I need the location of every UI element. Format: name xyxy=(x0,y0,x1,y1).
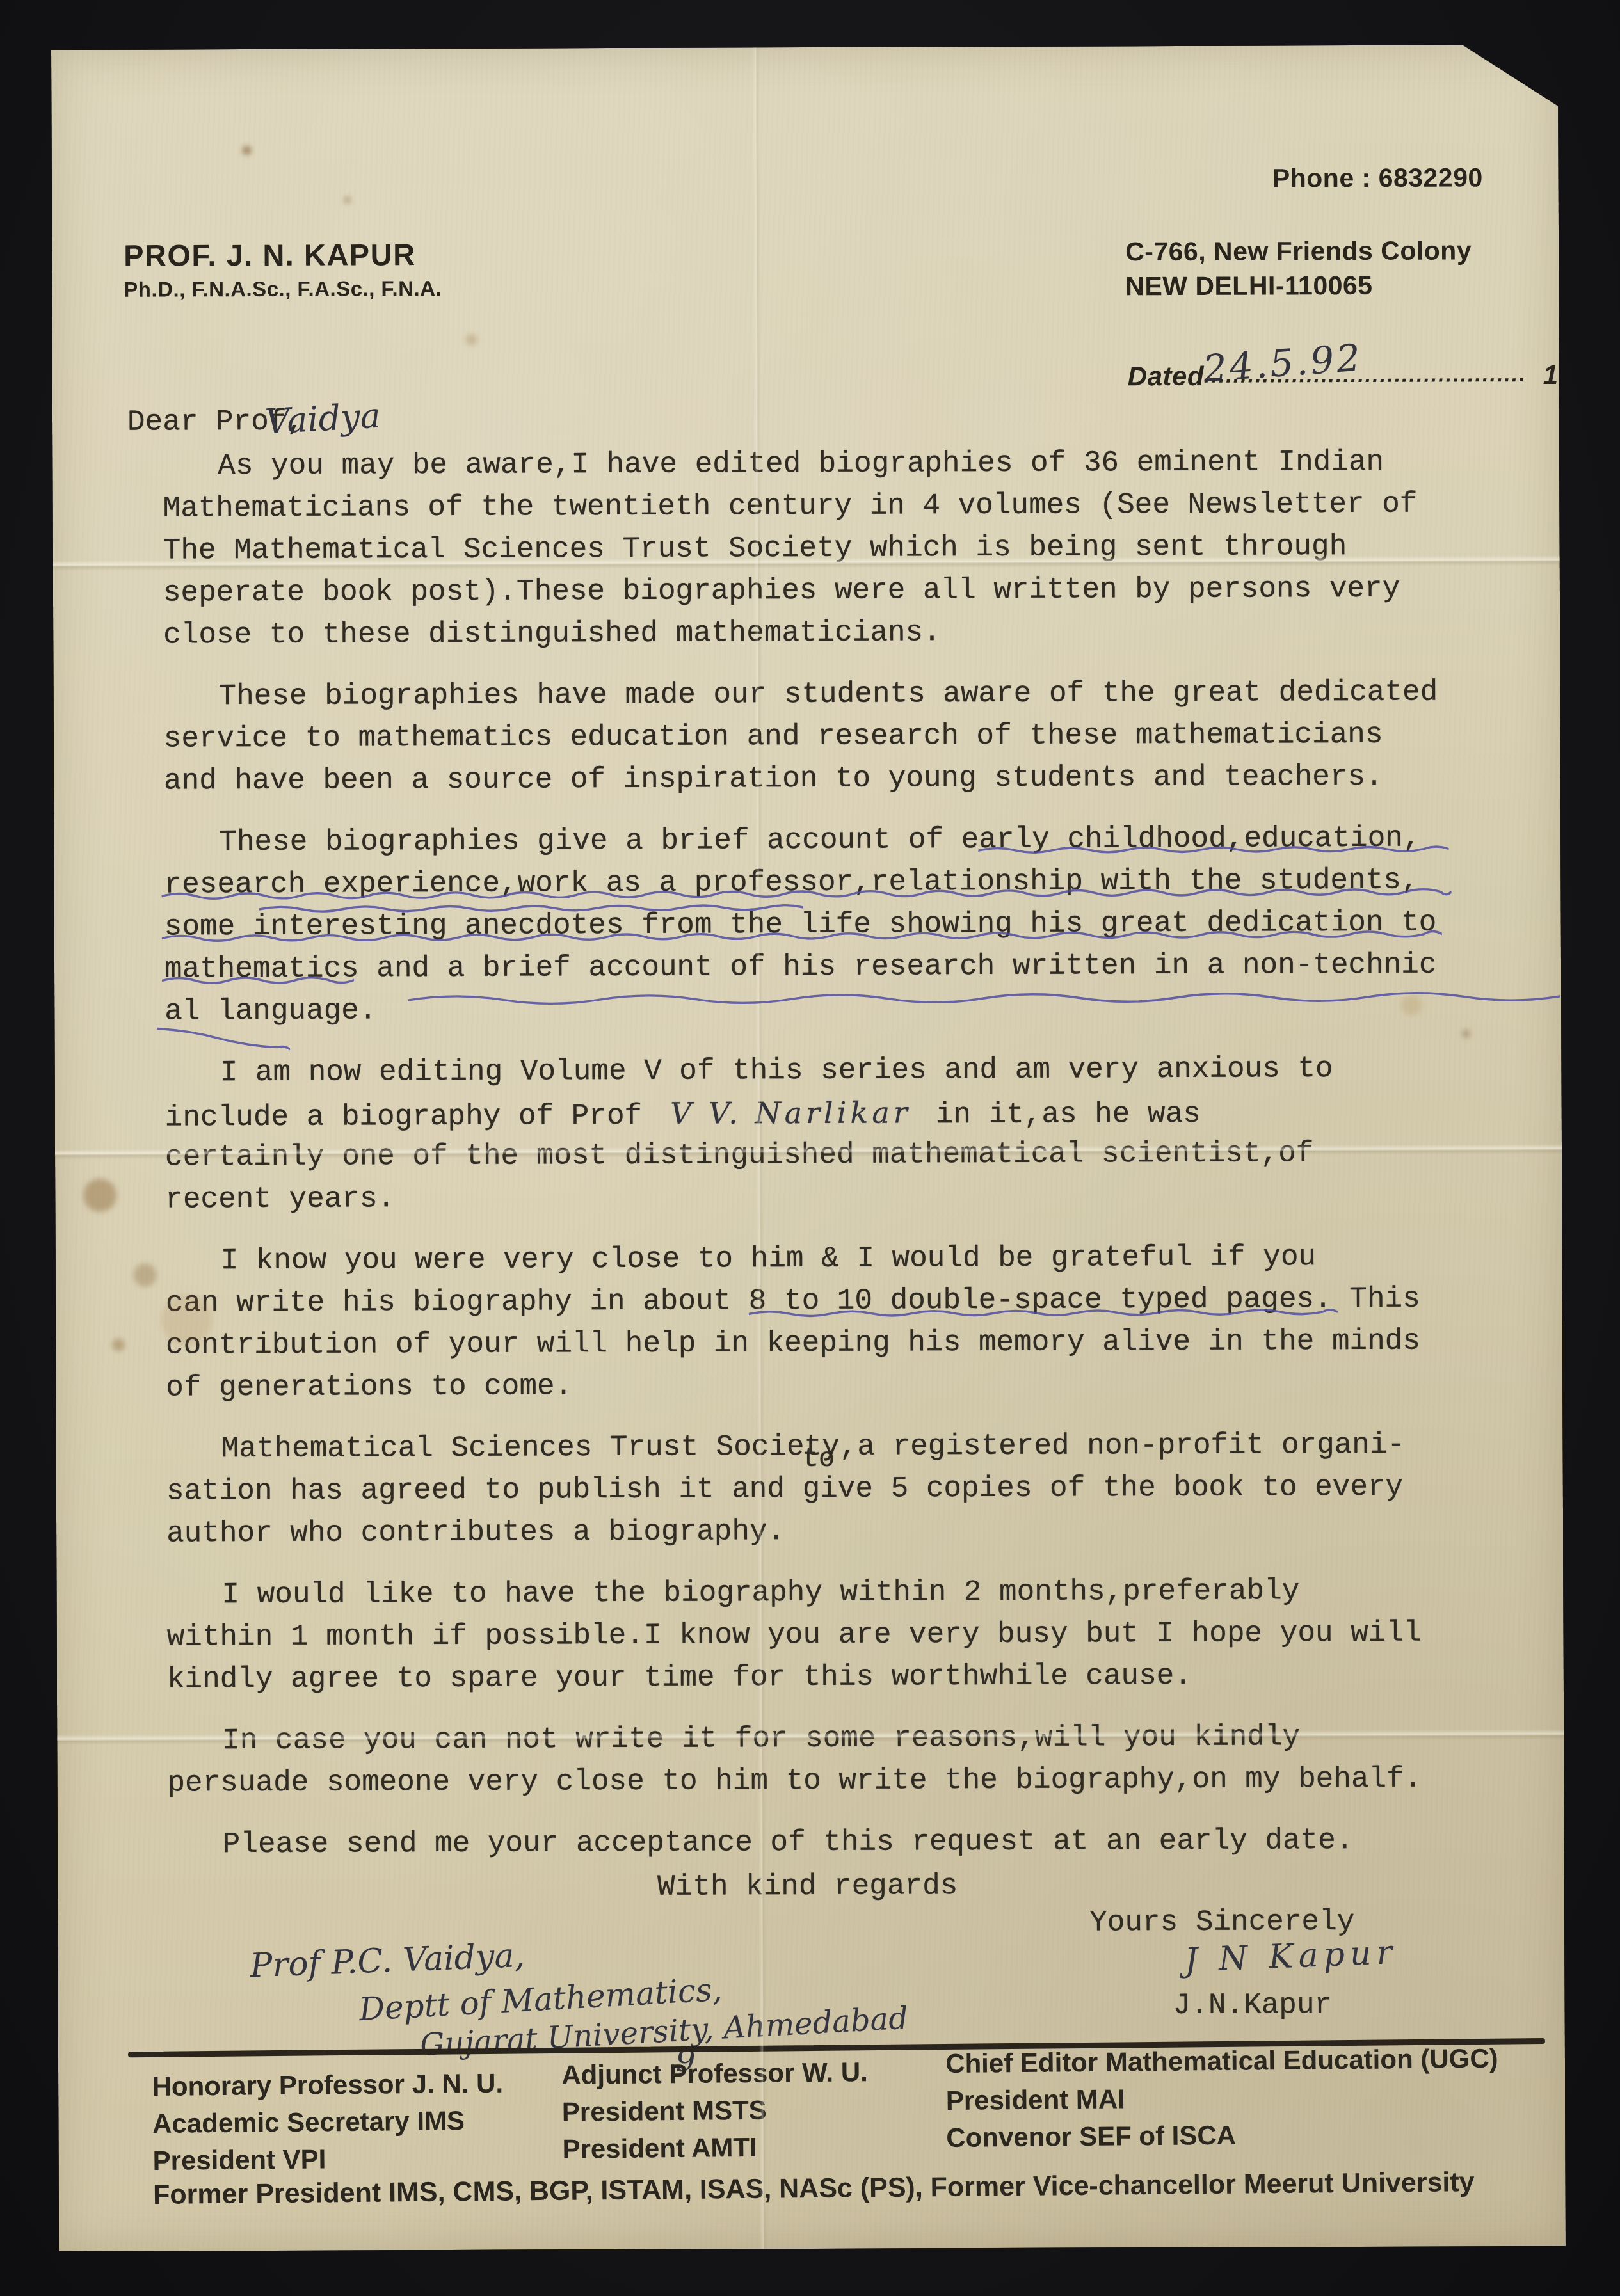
typed-line: I know you were very close to him & I wo… xyxy=(165,1235,1484,1282)
typed-line: Please send me your acceptance of this r… xyxy=(168,1819,1486,1865)
typed-segment: in it,as he was xyxy=(936,1097,1201,1131)
valediction-typed: Yours Sincerely xyxy=(1089,1905,1354,1939)
letterhead-address-line1: C-766, New Friends Colony xyxy=(1125,235,1472,267)
inserted-word-correction: to xyxy=(803,1444,835,1474)
footer-title: Convenor SEF of ISCA xyxy=(946,2114,1499,2156)
paper-stain xyxy=(112,1339,125,1351)
typed-line: I would like to have the biography withi… xyxy=(166,1569,1485,1616)
typed-line: I am now editing Volume V of this series… xyxy=(164,1047,1483,1094)
typed-segment: include a biography of Prof xyxy=(165,1099,643,1135)
letter-paper: Phone : 6832290 PROF. J. N. KAPUR Ph.D.,… xyxy=(51,45,1566,2251)
paper-stain xyxy=(344,196,351,203)
typed-line: include a biography of ProfV V. Narlikar… xyxy=(165,1089,1484,1136)
recipient-handwritten-line: Prof P.C. Vaidya, xyxy=(249,1936,525,1985)
letterhead-phone: Phone : 6832290 xyxy=(1272,163,1483,193)
typed-line: some interesting anecdotes from the life… xyxy=(164,901,1483,948)
handwritten-signature: J N Kapur xyxy=(1183,1933,1398,1980)
typed-line: and have been a source of inspiration to… xyxy=(164,755,1482,802)
typed-line: al language. xyxy=(164,985,1483,1032)
typed-line: In case you can not write it for some re… xyxy=(167,1715,1486,1762)
footer-title: President VPI xyxy=(152,2139,504,2180)
paragraph: In case you can not write it for some re… xyxy=(167,1715,1486,1804)
typed-line: kindly agree to spare your time for this… xyxy=(167,1654,1486,1700)
typed-line: certainly one of the most distinguished … xyxy=(165,1131,1484,1178)
footer-title: President MAI xyxy=(946,2077,1499,2119)
footer-title: Adjunct Professor W. U. xyxy=(561,2053,868,2094)
paper-stain xyxy=(83,1179,116,1212)
typed-line: author who contributes a biography. xyxy=(166,1508,1485,1554)
typed-line: of generations to come. xyxy=(166,1362,1484,1408)
typed-line: can write his biography in about 8 to 10… xyxy=(166,1277,1484,1324)
dated-year-suffix: 199 xyxy=(1543,360,1589,390)
typed-line: persuade someone very close to him to wr… xyxy=(167,1757,1486,1804)
typed-line: Mathematicians of the twentieth century … xyxy=(163,482,1481,529)
letter-body: As you may be aware,I have edited biogra… xyxy=(163,440,1486,1885)
typed-line: close to these distinguished mathematici… xyxy=(163,609,1482,656)
typed-line: The Mathematical Sciences Trust Society … xyxy=(163,525,1482,571)
paper-stain xyxy=(466,334,477,346)
typed-line: As you may be aware,I have edited biogra… xyxy=(163,440,1481,487)
typed-line: mathematics and a brief account of his r… xyxy=(164,943,1483,990)
footer-title: President AMTI xyxy=(562,2128,869,2168)
footer-column-1: Honorary Professor J. N. U. Academic Sec… xyxy=(152,2065,504,2180)
footer-title: Honorary Professor J. N. U. xyxy=(152,2065,503,2105)
paragraph: These biographies give a brief account o… xyxy=(164,817,1483,1032)
typed-line: seperate book post).These biographies we… xyxy=(163,567,1482,614)
photo-mat: { "ink_colors": { "typewriter": "#302b23… xyxy=(0,0,1620,2296)
typed-line: service to mathematics education and res… xyxy=(164,713,1482,760)
paragraph: Please send me your acceptance of this r… xyxy=(168,1819,1486,1865)
letterhead-name: PROF. J. N. KAPUR xyxy=(124,237,416,273)
letterhead-footer: Honorary Professor J. N. U. Academic Sec… xyxy=(51,40,1558,55)
typed-line: within 1 month if possible.I know you ar… xyxy=(167,1611,1486,1658)
typed-line: research experience,work as a professor,… xyxy=(164,859,1482,905)
paragraph: I am now editing Volume V of this series… xyxy=(164,1047,1484,1220)
letterhead-address-line2: NEW DELHI-110065 xyxy=(1125,271,1372,301)
typed-line: These biographies give a brief account o… xyxy=(164,817,1482,863)
typed-line: recent years. xyxy=(165,1174,1484,1220)
footer-column-2: Adjunct Professor W. U. President MSTS P… xyxy=(561,2053,869,2168)
paper-stain xyxy=(134,1264,157,1287)
sender-typed-name: J.N.Kapur xyxy=(1173,1988,1333,2022)
typed-line: contribution of your will help in keepin… xyxy=(166,1319,1484,1366)
paper-stain xyxy=(243,146,252,155)
paragraph: As you may be aware,I have edited biogra… xyxy=(163,440,1482,656)
footer-column-3: Chief Editor Mathematical Education (UGC… xyxy=(945,2040,1499,2156)
dated-label: Dated xyxy=(1128,361,1204,391)
paragraph: I would like to have the biography withi… xyxy=(166,1569,1486,1700)
footer-title: Chief Editor Mathematical Education (UGC… xyxy=(945,2040,1498,2082)
typed-line: These biographies have made our students… xyxy=(163,671,1482,717)
letterhead-degrees: Ph.D., F.N.A.Sc., F.A.Sc., F.N.A. xyxy=(124,276,442,302)
footer-title: Academic Secretary IMS xyxy=(152,2102,504,2142)
handwritten-inline-name: V V. Narlikar xyxy=(670,1095,911,1130)
paragraph: I know you were very close to him & I wo… xyxy=(165,1235,1484,1408)
footer-title: President MSTS xyxy=(562,2091,869,2131)
salutation-handwritten-name: Vaidya xyxy=(264,395,381,442)
paragraph: These biographies have made our students… xyxy=(163,671,1482,802)
kind-regards-line: With kind regards xyxy=(657,1869,958,1904)
